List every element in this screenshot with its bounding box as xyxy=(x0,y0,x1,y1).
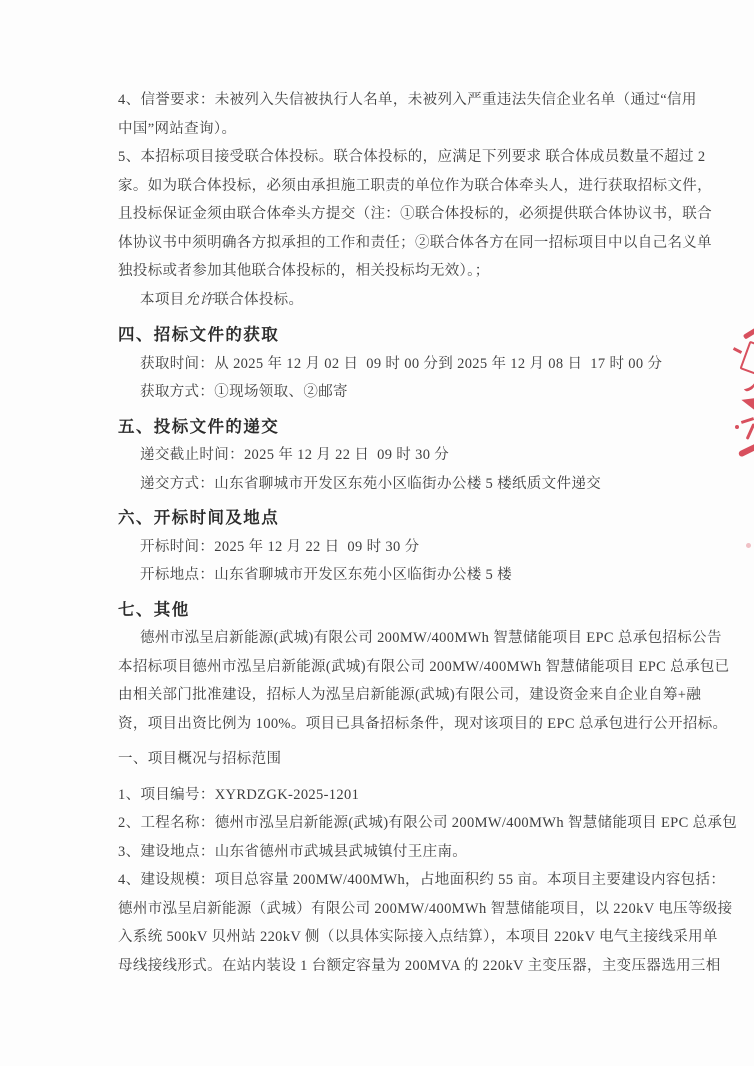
seal-stroke-icon xyxy=(740,375,754,393)
text-segment: 本项目 xyxy=(140,292,185,308)
project-name-line: 2、工程名称：德州市泓呈启新能源(武城)有限公司 200MW/400MWh 智慧… xyxy=(118,809,666,838)
section-heading-6: 六、开标时间及地点 xyxy=(118,504,666,533)
seal-stroke-icon xyxy=(738,442,754,457)
overview-heading-line: 一、项目概况与招标范围 xyxy=(118,745,666,774)
section-heading-4: 四、招标文件的获取 xyxy=(118,321,666,350)
submission-method-line: 递交方式：山东省聊城市开发区东苑小区临街办公楼 5 楼纸质文件递交 xyxy=(118,470,666,499)
project-number-line: 1、项目编号：XYRDZGK-2025-1201 xyxy=(118,781,666,810)
project-approval-line: 本招标项目德州市泓呈启新能源(武城)有限公司 200MW/400MWh 智慧储能… xyxy=(118,653,666,682)
consortium-rule-line: 体协议书中须明确各方拟承担的工作和责任；②联合体各方在同一招标项目中以自己名义单 xyxy=(118,229,666,258)
emphasized-text: 允许 xyxy=(185,292,215,308)
consortium-rule-line: 5、本招标项目接受联合体投标。联合体投标的，应满足下列要求 联合体成员数量不超过… xyxy=(118,143,666,172)
section-heading-5: 五、投标文件的递交 xyxy=(118,413,666,442)
text-segment: 联合体投标。 xyxy=(214,292,303,308)
consortium-rule-line: 独投标或者参加其他联合体投标的，相关投标均无效）。； xyxy=(118,257,666,286)
obtain-time-line: 获取时间：从 2025 年 12 月 02 日 09 时 00 分到 2025 … xyxy=(118,350,666,379)
project-scale-line: 德州市泓呈启新能源（武城）有限公司 200MW/400MWh 智慧储能项目，以 … xyxy=(118,895,666,924)
seal-stroke-icon xyxy=(746,423,754,440)
document-body: 4、信誉要求：未被列入失信被执行人名单，未被列入严重违法失信企业名单（通过“信用… xyxy=(118,86,666,980)
document-page: 4、信誉要求：未被列入失信被执行人名单，未被列入严重违法失信企业名单（通过“信用… xyxy=(0,0,754,1066)
credit-requirement-line: 中国”网站查询）。 xyxy=(118,115,666,144)
seal-stroke-icon xyxy=(743,327,754,339)
seal-triangle-icon xyxy=(739,393,754,412)
submission-deadline-line: 递交截止时间：2025 年 12 月 22 日 09 时 30 分 xyxy=(118,441,666,470)
bid-opening-time-line: 开标时间：2025 年 12 月 22 日 09 时 30 分 xyxy=(118,533,666,562)
project-approval-line: 由相关部门批准建设，招标人为泓呈启新能源(武城)有限公司，建设资金来自企业自筹+… xyxy=(118,681,666,710)
red-seal-fragment xyxy=(720,325,754,585)
obtain-method-line: 获取方式：①现场领取、②邮寄 xyxy=(118,378,666,407)
section-heading-7: 七、其他 xyxy=(118,596,666,625)
announcement-title-line: 德州市泓呈启新能源(武城)有限公司 200MW/400MWh 智慧储能项目 EP… xyxy=(118,624,666,653)
seal-character-outline-icon xyxy=(739,341,754,376)
seal-dot-icon xyxy=(746,543,751,548)
project-scale-line: 入系统 500kV 贝州站 220kV 侧（以具体实际接入点结算），本项目 22… xyxy=(118,923,666,952)
project-scale-line: 4、建设规模：项目总容量 200MW/400MWh，占地面积约 55 亩。本项目… xyxy=(118,866,666,895)
credit-requirement-line: 4、信誉要求：未被列入失信被执行人名单，未被列入严重违法失信企业名单（通过“信用 xyxy=(118,86,666,115)
seal-dot-icon xyxy=(735,425,739,429)
seal-stroke-icon xyxy=(733,347,742,354)
project-approval-line: 资，项目出资比例为 100%。项目已具备招标条件，现对该项目的 EPC 总承包进… xyxy=(118,710,666,739)
bid-opening-place-line: 开标地点：山东省聊城市开发区东苑小区临街办公楼 5 楼 xyxy=(118,561,666,590)
project-scale-line: 母线接线形式。在站内装设 1 台额定容量为 200MVA 的 220kV 主变压… xyxy=(118,952,666,981)
consortium-allowed-line: 本项目允许联合体投标。 xyxy=(118,286,666,315)
project-location-line: 3、建设地点：山东省德州市武城县武城镇付王庄南。 xyxy=(118,838,666,867)
consortium-rule-line: 且投标保证金须由联合体牵头方提交（注：①联合体投标的，必须提供联合体协议书，联合 xyxy=(118,200,666,229)
consortium-rule-line: 家。如为联合体投标，必须由承担施工职责的单位作为联合体牵头人，进行获取招标文件， xyxy=(118,172,666,201)
